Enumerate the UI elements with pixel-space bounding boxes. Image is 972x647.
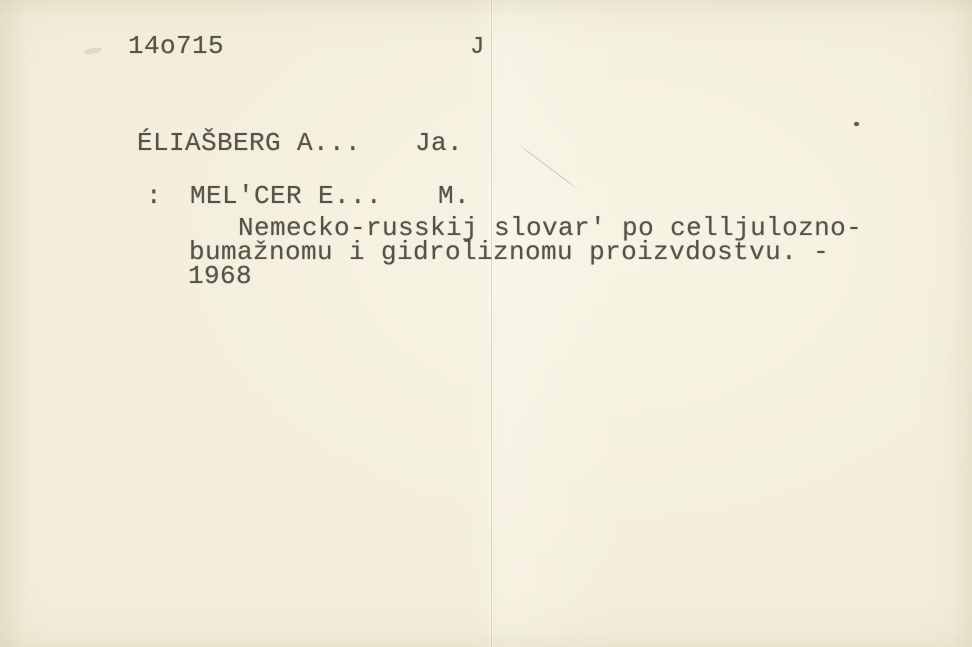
heading-author-name: ÉLIAŠBERG A...	[137, 130, 361, 156]
scratch-mark	[515, 142, 579, 191]
card-crease-line	[491, 0, 492, 647]
catalog-card: 14o715 J ÉLIAŠBERG A... Ja. : MEL'CER E.…	[0, 0, 972, 647]
cross-reference-author-name: MEL'CER E...	[190, 183, 382, 209]
call-number: 14o715	[128, 33, 224, 59]
cross-reference-author-initial: M.	[438, 183, 470, 209]
title-line-2: bumažnomu i gidroliznomu proizvdostvu. -	[189, 239, 829, 265]
faint-smudge	[84, 46, 103, 56]
filing-letter: J	[470, 36, 485, 60]
publication-year: 1968	[188, 263, 252, 289]
ink-speck	[854, 122, 859, 126]
cross-reference-colon: :	[146, 183, 162, 209]
heading-author-initial: Ja.	[415, 130, 463, 156]
